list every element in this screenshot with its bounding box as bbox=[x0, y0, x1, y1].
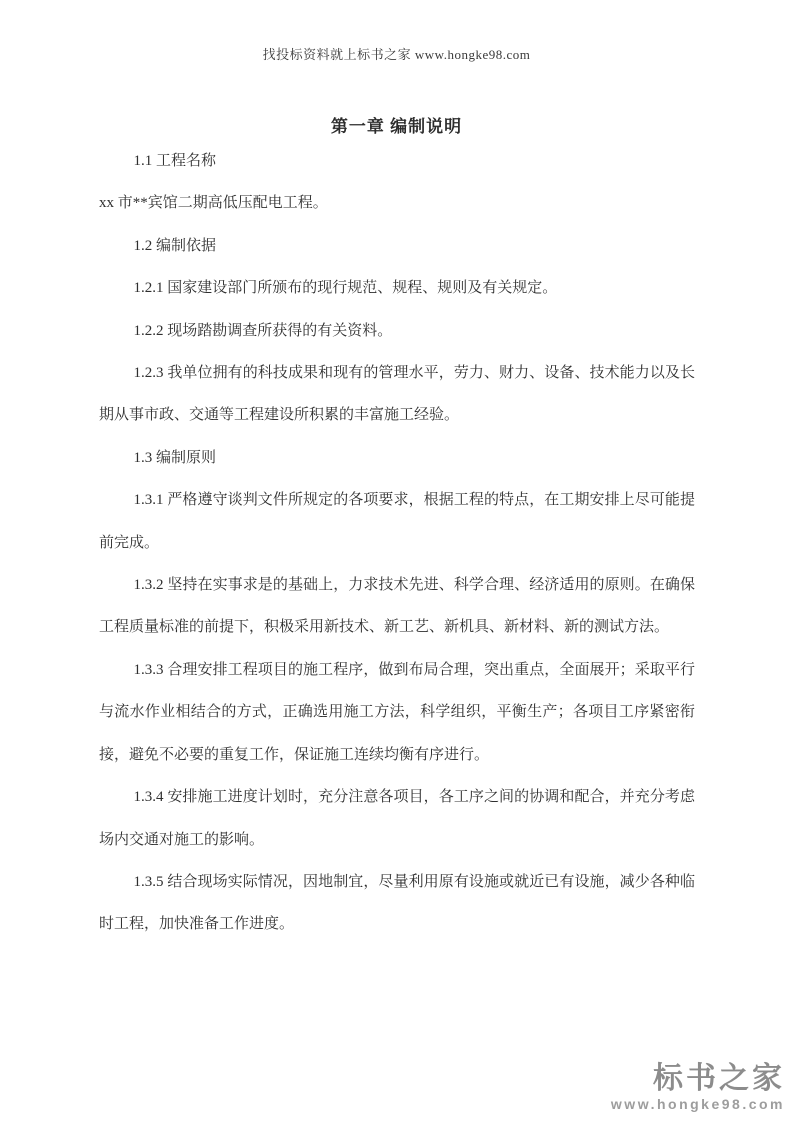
chapter-title: 第一章 编制说明 bbox=[0, 112, 793, 137]
document-page: 找投标资料就上标书之家 www.hongke98.com 第一章 编制说明 1.… bbox=[0, 0, 793, 1122]
paragraph: 1.3 编制原则 bbox=[99, 437, 695, 479]
paragraph: xx 市**宾馆二期高低压配电工程。 bbox=[99, 182, 695, 224]
paragraph: 1.3.5 结合现场实际情况，因地制宜，尽量利用原有设施或就近已有设施，减少各种… bbox=[99, 861, 695, 946]
paragraph: 1.1 工程名称 bbox=[99, 140, 695, 182]
paragraph: 1.2.1 国家建设部门所颁布的现行规范、规程、规则及有关规定。 bbox=[99, 267, 695, 309]
paragraph: 1.3.3 合理安排工程项目的施工程序，做到布局合理，突出重点，全面展开；采取平… bbox=[99, 649, 695, 776]
paragraph: 1.3.4 安排施工进度计划时，充分注意各项目，各工序之间的协调和配合，并充分考… bbox=[99, 776, 695, 861]
document-body: 1.1 工程名称xx 市**宾馆二期高低压配电工程。1.2 编制依据1.2.1 … bbox=[99, 140, 695, 946]
paragraph: 1.2.3 我单位拥有的科技成果和现有的管理水平，劳力、财力、设备、技术能力以及… bbox=[99, 352, 695, 437]
paragraph: 1.2.2 现场踏勘调查所获得的有关资料。 bbox=[99, 310, 695, 352]
watermark-url-text: www.hongke98.com bbox=[611, 1097, 785, 1112]
watermark-logo-text: 标书之家 bbox=[611, 1062, 785, 1095]
page-header-text: 找投标资料就上标书之家 www.hongke98.com bbox=[0, 44, 793, 63]
paragraph: 1.2 编制依据 bbox=[99, 225, 695, 267]
paragraph: 1.3.2 坚持在实事求是的基础上，力求技术先进、科学合理、经济适用的原则。在确… bbox=[99, 564, 695, 649]
paragraph: 1.3.1 严格遵守谈判文件所规定的各项要求，根据工程的特点，在工期安排上尽可能… bbox=[99, 479, 695, 564]
watermark: 标书之家 www.hongke98.com bbox=[611, 1062, 785, 1112]
